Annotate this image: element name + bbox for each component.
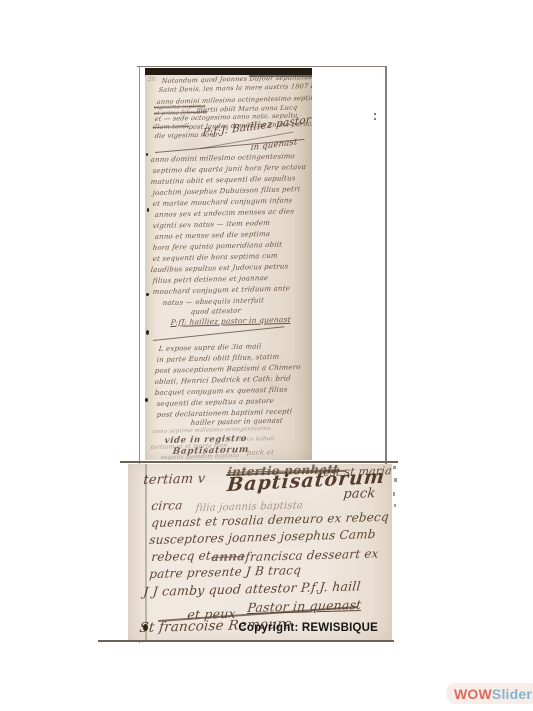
frame-border-bottom xyxy=(98,640,394,642)
handwriting-line: septimo die quarta junii hora fere octav… xyxy=(152,164,306,175)
handwriting-line: in parte Eundi obiit filius, statim xyxy=(156,354,279,364)
handwriting-line: annos sex et undecim menses ac dies xyxy=(154,208,294,219)
handwriting-line: rebecq et xyxy=(151,549,212,563)
handwriting-line: bacquet conjugum ex quenast filius xyxy=(154,387,288,397)
mark xyxy=(374,113,376,121)
handwriting-line: oblati, Henrici Dedrick et Cath: brid xyxy=(154,375,291,386)
edge-fragment xyxy=(394,504,396,507)
handwriting-line: filius petri detienne et joannae xyxy=(152,275,268,285)
handwriting-line: et mariae mouchard conjugum infans xyxy=(152,197,292,208)
handwriting-line: quod attestor xyxy=(190,308,241,316)
handwriting-line: J J camby quod attestor P.f.J. haill xyxy=(143,580,362,598)
handwriting-line: susceptores joannes josephus Camb xyxy=(149,528,376,546)
handwriting-line: P:fJ: hailliez pastor in quenast xyxy=(170,316,291,327)
frame-border-right xyxy=(385,66,387,464)
frame-divider-middle xyxy=(120,461,398,463)
handwriting-line: anno et mense sed die septima xyxy=(154,231,270,241)
ink-speck xyxy=(146,293,149,296)
edge-fragment xyxy=(393,492,395,496)
handwriting-line: anna xyxy=(211,550,246,563)
frame-border-top xyxy=(137,66,387,67)
handwriting-line: quenast et rosalia demeuro ex rebecq xyxy=(151,511,390,529)
handwriting-line: sequilis quondam baptista xyxy=(160,454,239,460)
wowslider-badge[interactable]: WOWSlider xyxy=(446,683,533,704)
ink-speck xyxy=(146,330,149,335)
handwriting-line: pack xyxy=(343,487,376,501)
ink-speck xyxy=(146,153,148,156)
detail-scan-image[interactable]: intertio nonhattest st mariatertiam vBap… xyxy=(128,464,392,640)
handwriting-line: et sequenti die hora septima cum xyxy=(152,253,278,263)
handwriting-line: pack et xyxy=(246,449,274,457)
handwriting-line: mouchard conjugum et triduum ante xyxy=(152,285,290,296)
register-page-scan[interactable]: 20.Notandum quod Joannes Dufour sepultat… xyxy=(145,68,312,460)
handwriting-line: viginti sex natus — item eodem xyxy=(152,220,270,230)
handwriting-line: illam tardi xyxy=(152,123,189,130)
handwriting-line: circo habuit xyxy=(238,437,274,443)
ink-speck xyxy=(147,208,149,212)
page: 20.Notandum quod Joannes Dufour sepultat… xyxy=(0,0,533,711)
edge-fragment xyxy=(393,466,396,469)
handwriting-line: natus — obsequiis interfuit xyxy=(162,297,264,307)
handwriting-line: circa xyxy=(151,499,183,512)
handwriting-line: francisca desseart ex xyxy=(245,548,379,564)
handwriting-line: tertiam v xyxy=(143,472,206,487)
handwriting-line: laudibus sepultus est Judocus petrus xyxy=(150,263,288,274)
handwriting-line: hora fere quinta pomeridiana obiit xyxy=(152,242,282,252)
wowslider-wow-label: WOW xyxy=(454,686,492,702)
handwriting-line: joachim josephus Dubuisson filius petri xyxy=(152,186,300,197)
handwriting-block-top: 20.Notandum quod Joannes Dufour sepultat… xyxy=(145,68,312,460)
handwriting-line: L expose supra die 3ia maii xyxy=(158,343,261,353)
handwriting-line: anno domini millesimo octingentesimo xyxy=(150,153,295,164)
handwriting-line: matutina obiit et sequenti die sepultus xyxy=(150,175,296,186)
handwriting-line: post susceptionem Baptismi a Chimero xyxy=(154,364,301,375)
ink-speck xyxy=(145,398,148,402)
handwriting-line: sequenti die sepultus a pastore xyxy=(156,398,274,408)
edge-fragment xyxy=(394,478,397,482)
ink-speck xyxy=(143,624,148,631)
wowslider-slider-label: Slider xyxy=(492,686,532,702)
handwriting-line: 20. xyxy=(147,78,157,84)
copyright-label: Copyright: REWISBIQUE xyxy=(238,622,378,634)
binding-shadow xyxy=(145,464,147,640)
handwriting-line: patre presente J B tracq xyxy=(149,564,302,580)
